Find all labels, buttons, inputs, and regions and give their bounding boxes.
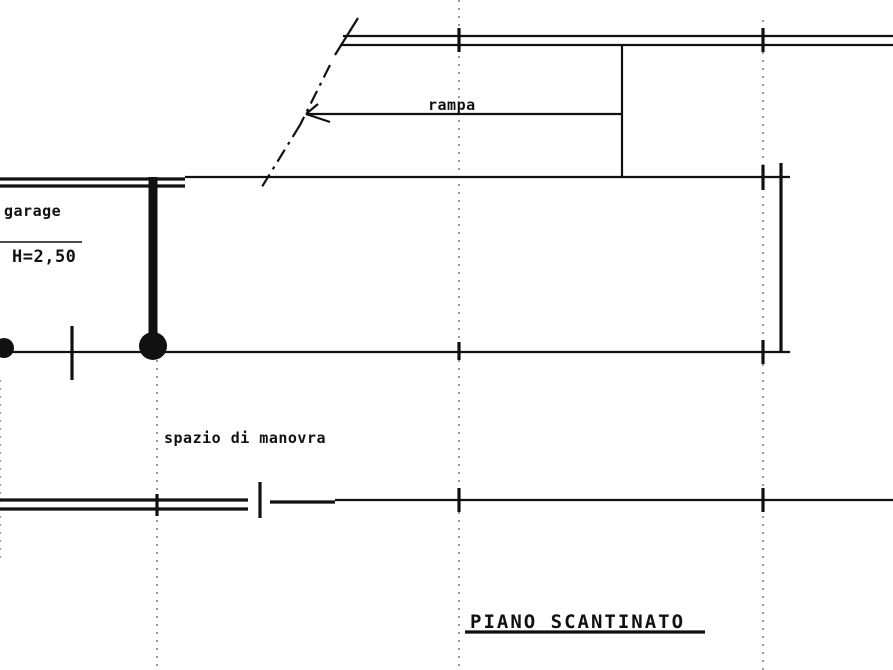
ramp-top-boundary — [340, 28, 893, 52]
maneuver-space-bottom-wall — [0, 482, 893, 518]
ramp-bottom-wall — [0, 163, 790, 352]
ramp-cut-line — [260, 18, 358, 190]
garage-label: garage — [4, 202, 61, 220]
floor-plan-drawing: rampa garage H=2,50 spazio di manovra PI… — [0, 0, 893, 670]
garage-height-label: H=2,50 — [12, 247, 76, 267]
plan-title: PIANO SCANTINATO — [470, 611, 685, 633]
maneuver-space-label: spazio di manovra — [164, 429, 326, 447]
axis-lines — [0, 0, 763, 670]
ramp-label: rampa — [428, 96, 476, 114]
garage-bottom-line — [0, 326, 790, 380]
